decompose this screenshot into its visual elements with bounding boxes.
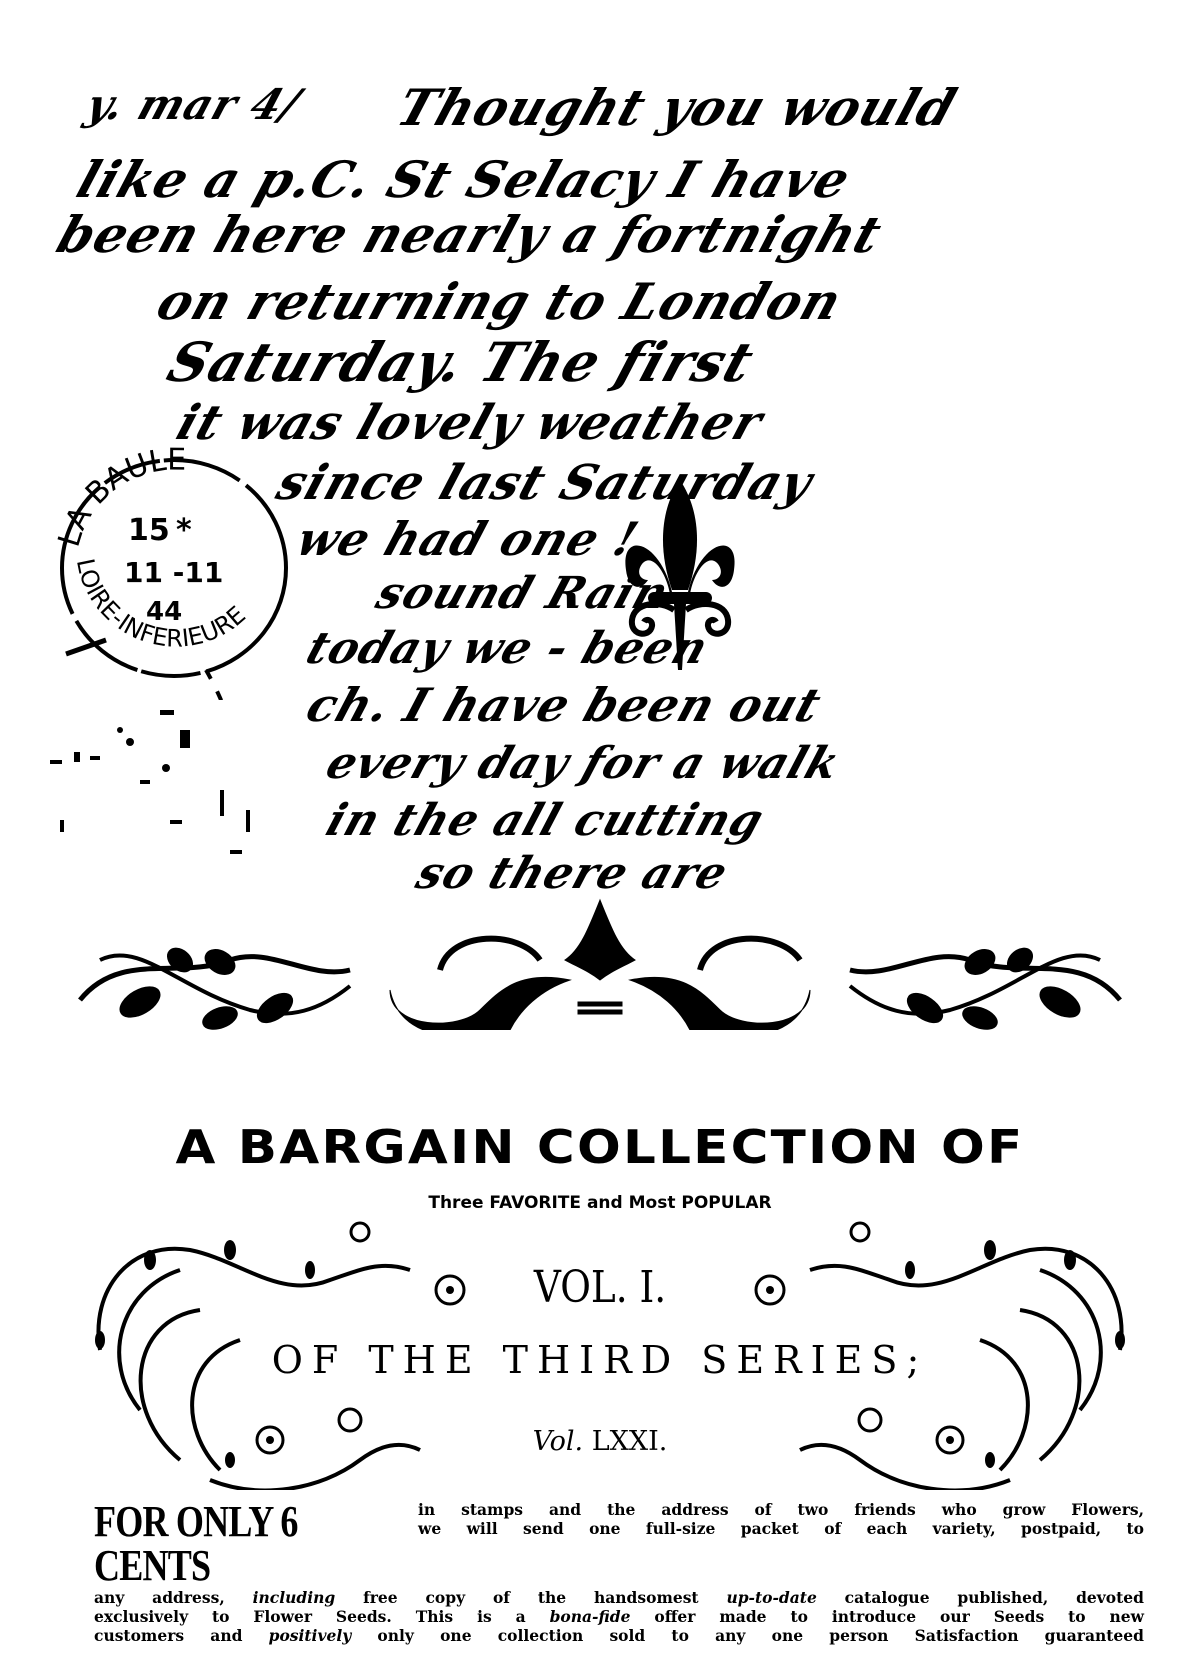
fleur-de-lis-icon: [620, 480, 740, 680]
ad-volume-prefix: Vol.: [533, 1426, 584, 1457]
postmark-year: 44: [146, 597, 182, 627]
ad-body-line: exclusively to Flower Seeds. This is a b…: [94, 1607, 1144, 1626]
ad-offer-block: FOR ONLY 6 CENTS in stamps and the addre…: [94, 1500, 1144, 1645]
letter-line: every day for a walk: [320, 738, 847, 789]
letter-line: we had one !: [290, 512, 645, 566]
letter-line: like a p.C. St Selacy I have: [70, 150, 858, 209]
vine-left: [80, 943, 350, 1030]
ad-headline: A BARGAIN COLLECTION OF: [0, 1120, 1200, 1174]
ad-price-lead: FOR ONLY 6 CENTS: [94, 1500, 365, 1588]
ad-body-line: customers and positively only one collec…: [94, 1626, 1144, 1645]
central-scroll: [390, 900, 810, 1030]
ornamental-divider: [60, 890, 1140, 1030]
ad-volume: VOL. I.: [90, 1262, 1110, 1313]
letter-line: been here nearly a fortnight: [50, 205, 889, 264]
letter-line: on returning to London: [150, 272, 850, 331]
letter-line: ch. I have been out: [300, 678, 828, 732]
letter-line: y. mar 4/: [80, 80, 307, 129]
letter-line: in the all cutting: [320, 795, 770, 846]
ad-volume-roman: LXXI.: [592, 1426, 668, 1457]
vine-right: [850, 943, 1120, 1030]
postmark-star: *: [176, 513, 192, 548]
letter-line: Saturday. The first: [160, 330, 762, 394]
letter-line: Thought you would: [390, 78, 964, 137]
postmark-date: 11 -11: [124, 556, 223, 589]
faded-postmark-fragments: [30, 690, 290, 880]
ad-body-line: any address, including free copy of the …: [94, 1588, 1144, 1607]
ad-volume-number: Vol. LXXI.: [0, 1426, 1200, 1457]
postmark-day: 15: [128, 513, 170, 548]
ad-series: OF THE THIRD SERIES;: [0, 1338, 1200, 1382]
postmark-stamp: LA BAULE LOIRE-INFERIEURE 15 * 11 -11 44: [46, 440, 306, 700]
